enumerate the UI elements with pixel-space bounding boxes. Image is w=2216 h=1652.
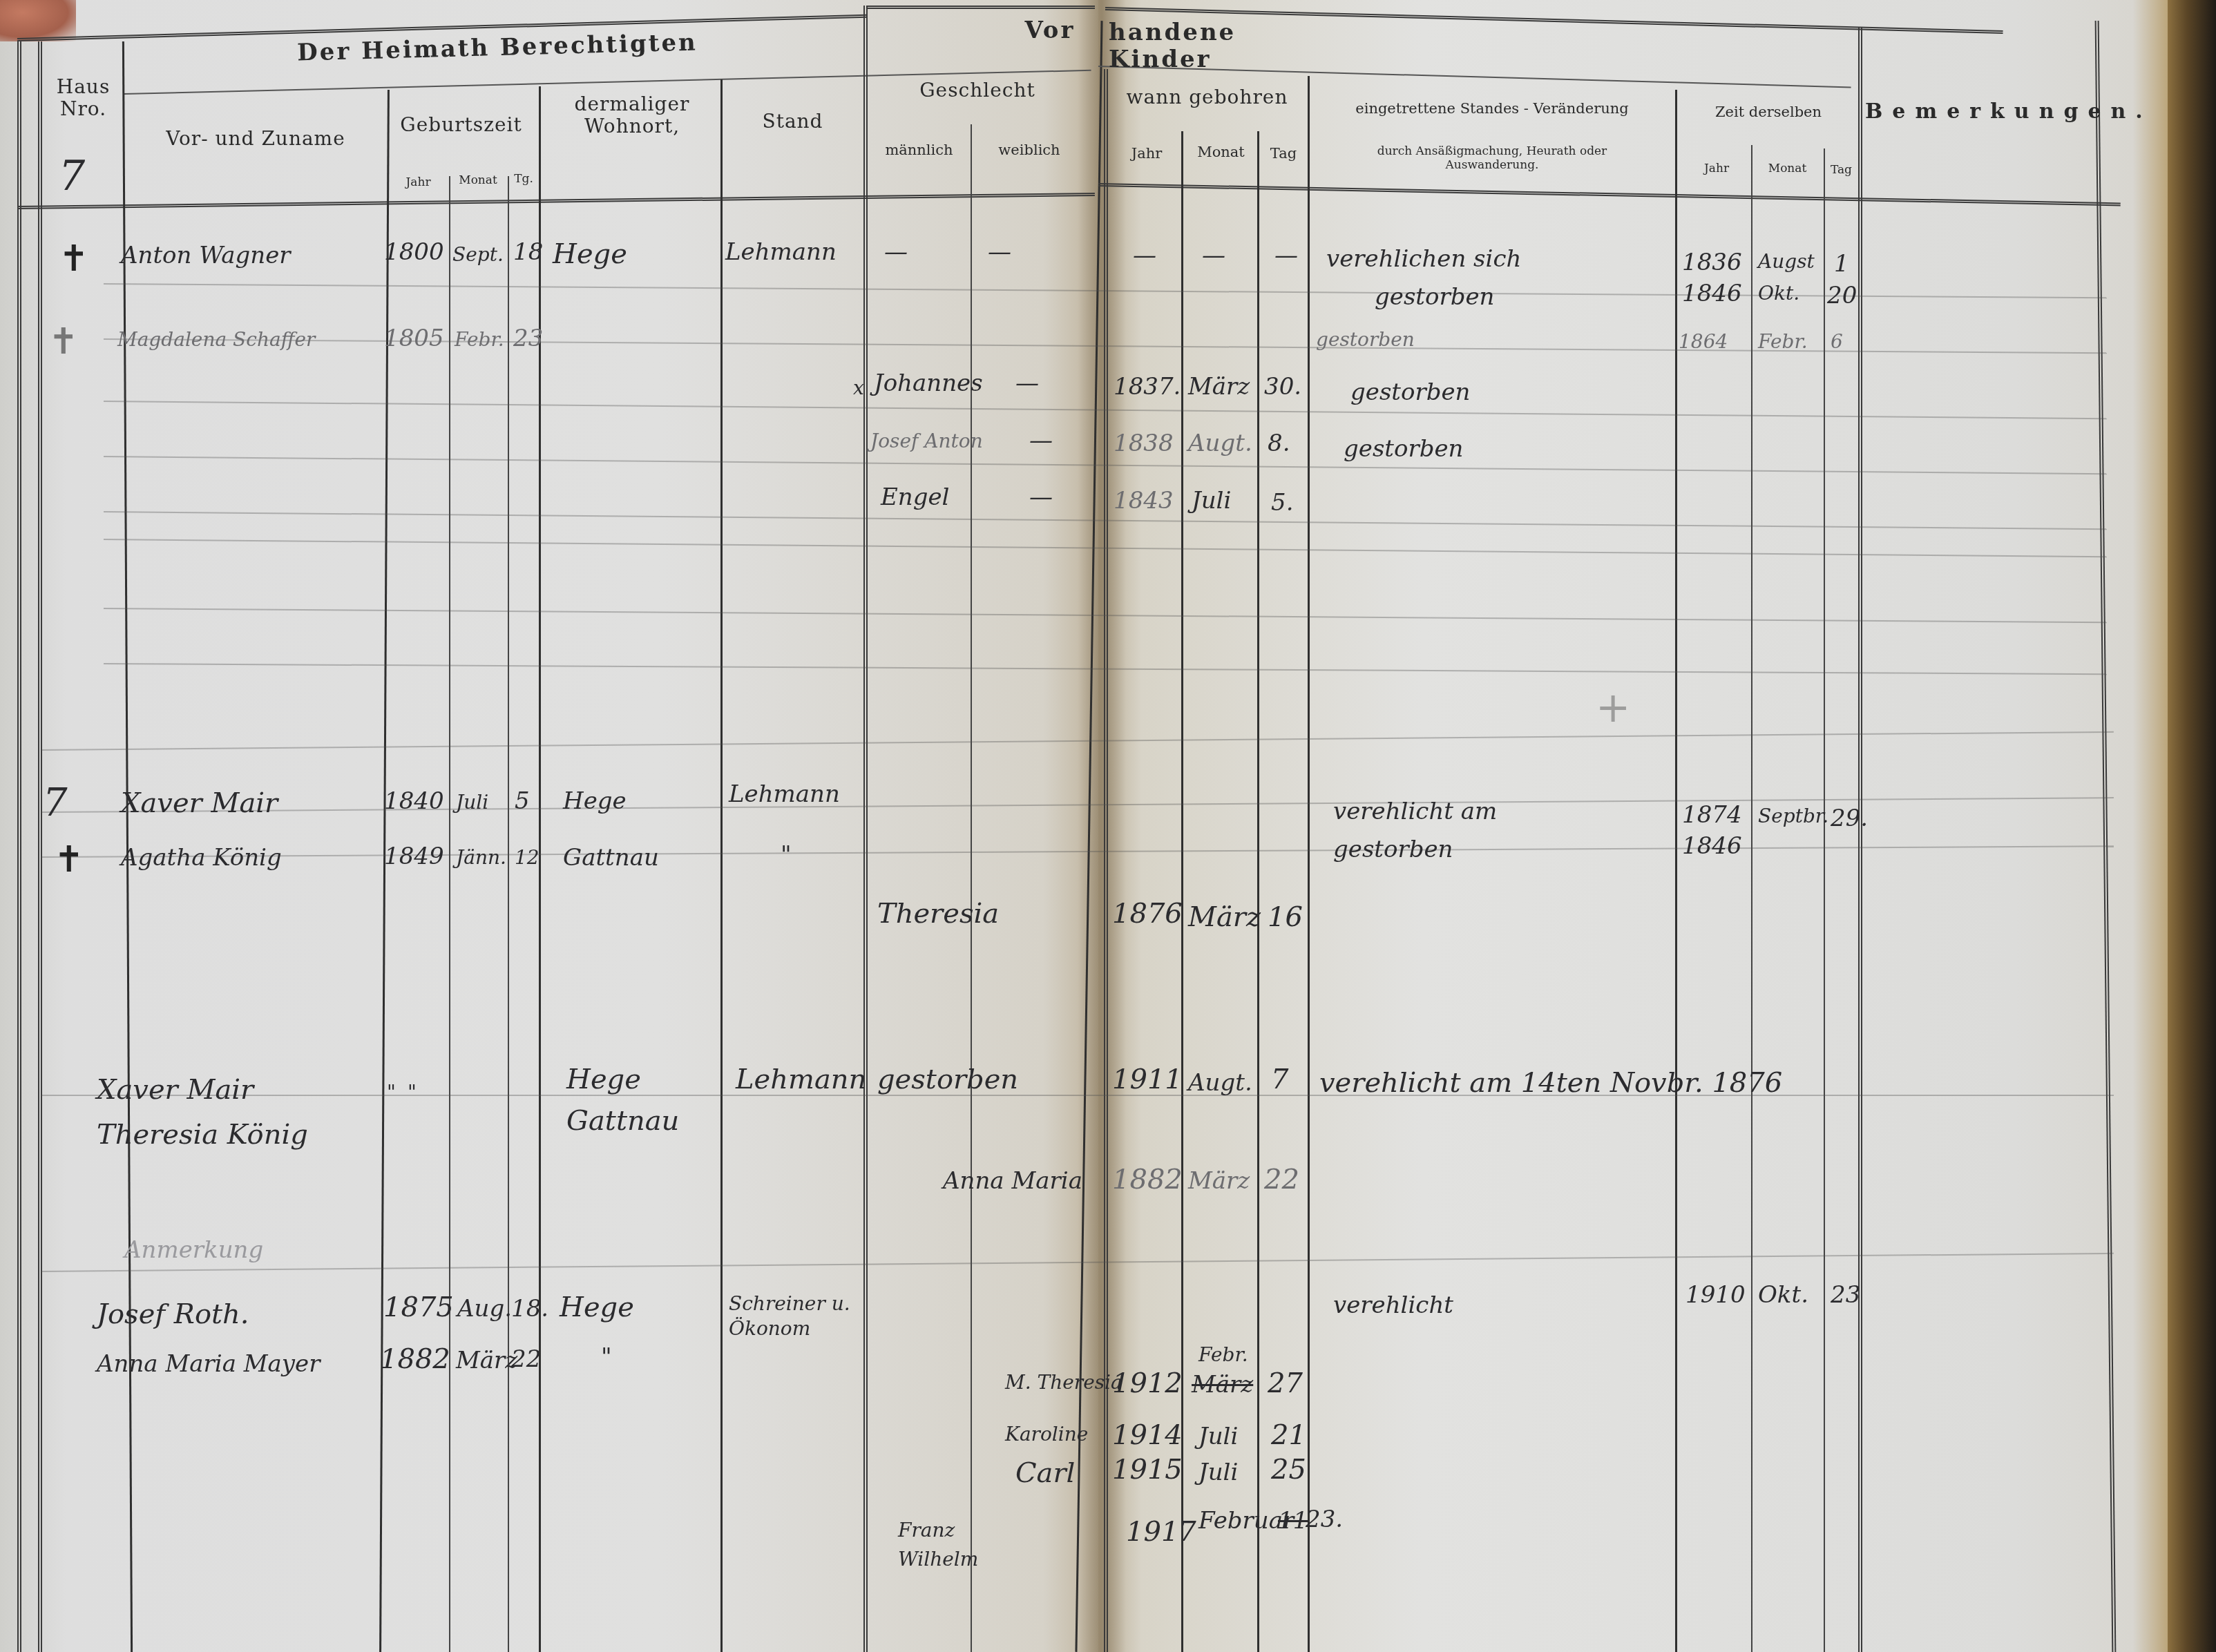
book-gutter: [1078, 0, 1126, 1652]
entry-wohnort: Hege: [563, 787, 627, 815]
title-handene-kinder: handene Kinder: [1109, 19, 1337, 73]
finger-holding-page: [0, 0, 76, 41]
entry-stand: Schreiner u. Ökonom: [729, 1291, 860, 1342]
entry-weiblich: —: [988, 238, 1011, 266]
entry-name: Magdalena Schaffer: [117, 328, 315, 351]
entry-zeit-tag: 23: [1831, 1281, 1860, 1309]
entry-birth-year-ditto: ": [387, 1081, 396, 1104]
entry-name: Xaver Mair: [97, 1074, 254, 1106]
entry-zeit-jahr: 1874: [1682, 801, 1742, 829]
entry-birth-day: 5: [515, 787, 530, 815]
entry-birth-day: 12: [515, 846, 539, 869]
entry-birth-day: 23: [513, 325, 543, 352]
child-birth-day: 23.: [1306, 1506, 1343, 1533]
child-weiblich-dash: —: [1029, 427, 1053, 454]
entry-zeit-tag: 1: [1834, 250, 1849, 278]
header-dermaliger-wohnort: dermaliger Wohnort,: [553, 93, 711, 137]
child-name: Carl: [1015, 1457, 1075, 1489]
entry-zeit-monat: Augst: [1758, 250, 1815, 273]
child-veraenderung: gestorben: [1350, 378, 1471, 406]
wohnort-col-line: [539, 86, 541, 1652]
bemerkungen-col-line: [1858, 28, 1862, 1652]
entry-zeit-monat: Septbr.: [1758, 805, 1828, 827]
child-birth-month: Juli: [1198, 1459, 1238, 1486]
stand-col-line: [720, 79, 723, 1652]
child-birth-year: 1882: [1112, 1164, 1183, 1195]
entry-veraenderung: gestorben: [1333, 836, 1453, 863]
child-birth-month-correction: Febr.: [1198, 1343, 1248, 1366]
header-zeit-derselben: Zeit derselben: [1682, 104, 1855, 120]
entry-birth-month-ditto: ": [408, 1081, 417, 1104]
child-name: Engel: [881, 483, 949, 511]
pencil-cross-icon: +: [1596, 684, 1630, 732]
header-geburt-jahr: Jahr: [389, 176, 448, 190]
entry-birth-day: 22: [511, 1345, 541, 1373]
register-book-spread: Der Heimath Berechtigten Vor Haus Nro. 7…: [0, 0, 2216, 1652]
entry-wohnort: Hege: [560, 1291, 634, 1323]
entry-wohnort-ditto: ": [601, 1343, 612, 1371]
child-birth-year: 1917: [1126, 1516, 1196, 1548]
child-birth-month: März: [1188, 901, 1261, 933]
child-birth-day: 22: [1264, 1164, 1299, 1195]
entry-veraenderung: verehlicht: [1333, 1291, 1453, 1319]
entry-name: Agatha König: [121, 844, 282, 872]
child-cross-mark: x: [853, 376, 864, 399]
child-birth-month: Juli: [1198, 1423, 1238, 1450]
child-birth-year: 1915: [1112, 1454, 1183, 1486]
weiblich-col-line: [971, 124, 972, 1652]
child-birth-month: Juli: [1192, 487, 1231, 515]
entry-stand-ditto: ": [781, 841, 792, 869]
monat-col-line: [449, 176, 450, 1652]
zeit-jahr-col-line: [1675, 90, 1677, 1652]
entry-zeit-jahr: 1846: [1682, 832, 1742, 860]
entry-maennlich-note: gestorben: [877, 1064, 1018, 1095]
right-page: [1098, 0, 2176, 1652]
entry-birth-month: Juli: [456, 791, 488, 814]
entry-stand: Lehmann: [736, 1064, 866, 1095]
child-birth-month-struck: März: [1192, 1371, 1253, 1399]
entry-birth-year: 1800: [384, 238, 444, 266]
right-page-left-border: [1104, 69, 1108, 1652]
entry-zeit-tag: 6: [1831, 330, 1843, 353]
header-kind-monat: Monat: [1185, 144, 1257, 160]
entry-maennlich: —: [884, 238, 908, 266]
entry-stand: Lehmann: [729, 780, 840, 808]
child-birth-day: 5.: [1271, 489, 1293, 517]
entry-veraenderung: verehlicht am: [1333, 798, 1497, 825]
child-birth-day-struck: 11: [1278, 1507, 1308, 1535]
kind-tag-col-line: [1257, 131, 1259, 1652]
entry-name: Xaver Mair: [121, 787, 278, 819]
child-birth-day: 21: [1271, 1419, 1306, 1451]
child-birth-month: Augt.: [1188, 430, 1252, 457]
child-veraenderung: gestorben: [1344, 435, 1464, 463]
top-rule-left-2: [867, 6, 1095, 9]
header-bemerkungen: Bemerkungen.: [1865, 100, 2100, 124]
child-name: M. Theresia: [1005, 1371, 1123, 1394]
entry-veraenderung: verehlicht am 14ten Novbr. 1876: [1319, 1067, 1782, 1099]
death-cross-icon: ✝: [48, 321, 79, 363]
child-name: Karoline: [1005, 1423, 1088, 1445]
zeit-tag-col-line: [1824, 148, 1825, 1652]
haus-col-line: [38, 41, 42, 1652]
header-zeit-tag: Tag: [1826, 164, 1857, 177]
child-name: Johannes: [874, 369, 983, 397]
entry-birth-day: 18.: [511, 1295, 548, 1323]
child-birth-day: 30.: [1264, 373, 1301, 401]
child-birth-day: 8.: [1268, 430, 1290, 457]
entry-kind-tag: —: [1274, 242, 1298, 269]
death-cross-icon: ✝: [59, 238, 89, 280]
entry-zeit-monat: Febr.: [1758, 330, 1808, 353]
title-vor-fragment: Vor: [1009, 17, 1091, 44]
child-name: Theresia: [877, 898, 999, 930]
zeit-monat-col-line: [1751, 145, 1752, 1652]
child-birth-year: 1837.: [1114, 373, 1181, 401]
entry-wohnort: Hege: [553, 238, 627, 270]
header-kind-tag: Tag: [1259, 145, 1308, 162]
haus-number-entry: 7: [43, 780, 68, 825]
header-geschlecht: Geschlecht: [874, 79, 1081, 102]
entry-birth-month: Febr.: [455, 328, 504, 351]
child-birth-year: 1914: [1112, 1419, 1183, 1451]
pencil-rule: [41, 1095, 2114, 1096]
death-cross-icon: ✝: [54, 839, 84, 881]
entry-kind-monat: —: [1202, 242, 1225, 269]
entry-name: Anna Maria Mayer: [97, 1350, 320, 1378]
entry-name: Theresia König: [97, 1119, 308, 1151]
entry-veraenderung: gestorben: [1375, 283, 1495, 311]
header-geburt-monat: Monat: [450, 174, 506, 188]
header-wann-gebohren: wann gebohren: [1112, 86, 1302, 108]
entry-kind-monat: Augt.: [1188, 1069, 1252, 1097]
header-stand: Stand: [725, 111, 860, 133]
book-cover-edge: [2168, 0, 2216, 1652]
faded-pencil-note: Anmerkung: [124, 1236, 263, 1264]
header-geburtszeit: Geburtszeit: [387, 114, 535, 136]
header-zeit-jahr: Jahr: [1685, 162, 1748, 176]
entry-zeit-jahr: 1910: [1685, 1281, 1746, 1309]
haus-number: 7: [59, 152, 85, 200]
entry-kind-jahr: 1911: [1112, 1064, 1183, 1095]
child-birth-day: 16: [1268, 901, 1303, 933]
child-birth-month: März: [1188, 1167, 1250, 1195]
entry-birth-year: 1849: [384, 843, 444, 870]
header-haus-nro: Haus Nro.: [40, 76, 126, 120]
entry-zeit-monat: Okt.: [1758, 282, 1799, 305]
geschlecht-col-line: [863, 6, 868, 1652]
child-birth-month: März: [1188, 373, 1250, 401]
entry-veraenderung: verehlichen sich: [1326, 245, 1521, 273]
child-weiblich-dash: —: [1029, 483, 1053, 511]
tag-col-line: [508, 176, 509, 1652]
child-birth-day: 27: [1268, 1367, 1303, 1399]
child-name: Anna Maria: [943, 1167, 1082, 1195]
entry-birth-month: Aug.: [457, 1295, 512, 1323]
entry-birth-month: Sept.: [452, 243, 504, 266]
entry-birth-year: 1882: [380, 1343, 450, 1375]
entry-zeit-jahr: 1836: [1682, 249, 1742, 276]
entry-birth-year: 1840: [384, 787, 444, 815]
entry-name: Josef Roth.: [97, 1298, 249, 1330]
child-weiblich-dash: —: [1015, 369, 1039, 397]
entry-zeit-tag: 20: [1827, 282, 1857, 309]
child-name: Franz Wilhelm: [898, 1516, 988, 1574]
entry-stand: Lehmann: [725, 238, 837, 266]
entry-birth-day: 18: [513, 238, 543, 266]
child-birth-day: 25: [1271, 1454, 1306, 1486]
entry-birth-year: 1805: [384, 325, 444, 352]
entry-zeit-monat: Okt.: [1758, 1281, 1808, 1309]
entry-wohnort: Gattnau: [563, 844, 659, 872]
header-weiblich: weiblich: [974, 142, 1085, 158]
entry-name: Anton Wagner: [121, 242, 291, 269]
child-birth-year: 1843: [1114, 487, 1174, 515]
entry-zeit-jahr: 1864: [1679, 330, 1728, 353]
entry-veraenderung: gestorben: [1316, 328, 1415, 351]
entry-wohnort: Gattnau: [566, 1105, 679, 1137]
entry-zeit-jahr: 1846: [1682, 280, 1742, 307]
child-birth-year: 1838: [1114, 430, 1174, 457]
child-name: Josef Anton: [870, 430, 983, 452]
header-geburt-tag: Tg.: [509, 173, 538, 186]
veraenderung-col-line: [1308, 76, 1310, 1652]
entry-birth-year: 1875: [383, 1291, 454, 1323]
left-border: [17, 41, 21, 1652]
header-durch-ansaessigmachung: durch Ansäßigmachung, Heurath oder Auswa…: [1347, 145, 1637, 172]
entry-wohnort: Hege: [566, 1064, 641, 1095]
entry-birth-month: Jänn.: [456, 846, 506, 869]
child-birth-year: 1876: [1112, 898, 1183, 930]
header-kind-jahr: Jahr: [1112, 145, 1181, 162]
header-standes-veraenderung: eingetrettene Standes - Veränderung: [1312, 100, 1672, 117]
header-vor-und-zuname: Vor- und Zuname: [131, 128, 380, 150]
child-birth-year: 1912: [1112, 1367, 1183, 1399]
entry-kind-tag: 7: [1271, 1064, 1288, 1095]
entry-birth-month: März: [456, 1347, 517, 1374]
entry-kind-jahr: —: [1133, 242, 1156, 269]
entry-zeit-tag: 29.: [1831, 805, 1868, 832]
header-maennlich: männlich: [869, 142, 969, 158]
header-zeit-monat: Monat: [1755, 162, 1820, 176]
